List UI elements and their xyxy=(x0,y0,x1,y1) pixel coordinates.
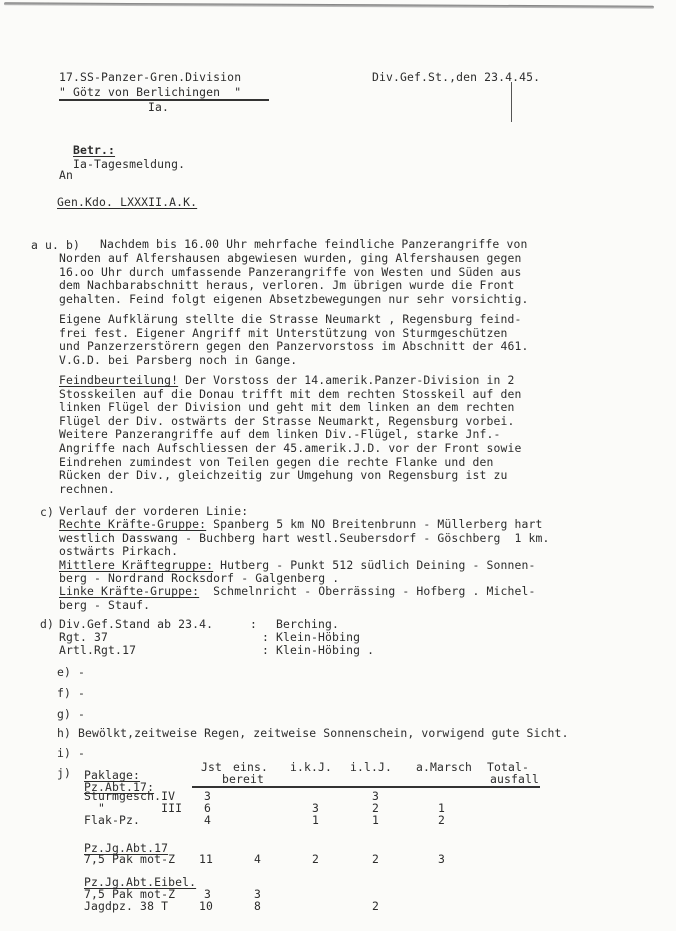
unit-section: Ia. xyxy=(148,100,169,114)
enemy-assessment-label: Feindbeurteilung! xyxy=(59,373,178,387)
subject-line: Betr.: Ia-Tagesmeldung. xyxy=(59,129,185,171)
cell-ilj: 2 xyxy=(372,852,379,866)
section-ab-p3-line-7: Rücken der Div., gleichzeitig zur Umgehu… xyxy=(59,469,508,483)
cell-ist: 4 xyxy=(204,813,211,827)
col-ilj: i.l.J. xyxy=(350,760,392,774)
group-right-label: Rechte Kräfte-Gruppe: xyxy=(59,517,206,531)
section-ab-p3-line-5: Angriffe nach Aufschliessen der 45.ameri… xyxy=(59,442,522,456)
group-left-line-1: berg - Stauf. xyxy=(59,599,150,613)
cell-eins: 4 xyxy=(254,852,261,866)
section-ab-p3-line-4: Weitere Panzerangriffe auf dem linken Di… xyxy=(59,428,501,442)
unit-honorific: " Götz von Berlichingen " xyxy=(59,85,241,99)
col-ist: Jst xyxy=(201,760,222,774)
cell-amarsch: 3 xyxy=(438,852,445,866)
cell-label: Jagdpz. 38 T xyxy=(84,899,168,913)
section-ab-line-3: dem Nachbarabschnitt heraus, verloren. J… xyxy=(59,279,515,293)
section-ab-line-1: Norden auf Alfershausen abgewiesen wurde… xyxy=(59,252,522,266)
section-ab-p3-line-2: linken Flügel der Division und geht mit … xyxy=(59,401,515,415)
page-top-edge xyxy=(4,2,654,8)
unit-name: 17.SS-Panzer-Gren.Division xyxy=(59,70,241,84)
pen-mark xyxy=(511,82,512,122)
section-j-marker: j) xyxy=(57,766,71,780)
section-ab-p2-line-0: Eigene Aufklärung stellte die Strasse Ne… xyxy=(59,313,522,327)
group-right-line-0: Rechte Kräfte-Gruppe: Spanberg 5 km NO B… xyxy=(59,518,543,532)
section-e: e) - xyxy=(57,665,85,679)
section-f: f) - xyxy=(57,686,85,700)
addressee-to: An xyxy=(59,168,73,182)
cell-ist: 11 xyxy=(199,852,213,866)
section-ab-p3-line-0: Feindbeurteilung! Der Vorstoss der 14.am… xyxy=(59,374,515,388)
cell-label: 7,5 Pak mot-Z xyxy=(84,852,175,866)
section-g: g) - xyxy=(57,707,85,721)
col-ausfall: ausfall xyxy=(490,772,539,786)
cell-ikj: 2 xyxy=(312,852,319,866)
section-ab-marker: a u. b) xyxy=(31,238,80,252)
section-ab-p3-line-8: rechnen. xyxy=(59,483,115,497)
subject-label: Betr.: xyxy=(73,143,115,157)
group-right-line-2: ostwärts Pirkach. xyxy=(59,545,178,559)
section-ab-line-4: gehalten. Feind folgt eigenen Absetzbewe… xyxy=(59,293,529,307)
section-c-marker: c) xyxy=(40,505,54,519)
section-h: h) Bewölkt,zeitweise Regen, zeitweise So… xyxy=(57,726,569,740)
cell-eins: 8 xyxy=(254,899,261,913)
col-ikj: i.k.J. xyxy=(290,760,332,774)
addressee-recipient: Gen.Kdo. LXXXII.A.K. xyxy=(57,195,197,209)
group-middle-label: Mittlere Kräftegruppe: xyxy=(59,558,213,572)
subject-text: Ia-Tagesmeldung. xyxy=(73,157,185,171)
cell-ist: 10 xyxy=(199,899,213,913)
cell-amarsch: 2 xyxy=(438,813,445,827)
section-ab-p2-line-2: und Panzerzerstörern gegen den Panzervor… xyxy=(59,340,529,354)
cell-ilj: 2 xyxy=(372,899,379,913)
place-date: Div.Gef.St.,den 23.4.45. xyxy=(372,70,540,84)
col-bereit: bereit xyxy=(222,772,264,786)
col-amarsch: a.Marsch xyxy=(416,760,472,774)
table-header-rule xyxy=(192,786,540,788)
section-i: i) - xyxy=(57,746,85,760)
group-left-line-0: Linke Kräfte-Gruppe: Schmelnricht - Ober… xyxy=(59,585,536,599)
group-left-label: Linke Kräfte-Gruppe: xyxy=(59,584,199,598)
cell-ilj: 1 xyxy=(372,813,379,827)
section-ab-p2-line-3: V.G.D. bei Parsberg noch in Gange. xyxy=(59,354,297,368)
section-ab-line-0: Nachdem bis 16.00 Uhr mehrfache feindlic… xyxy=(100,238,527,252)
cell-label: Flak-Pz. xyxy=(84,813,140,827)
cell-ikj: 1 xyxy=(312,813,319,827)
section-d-marker: d) xyxy=(40,617,54,631)
